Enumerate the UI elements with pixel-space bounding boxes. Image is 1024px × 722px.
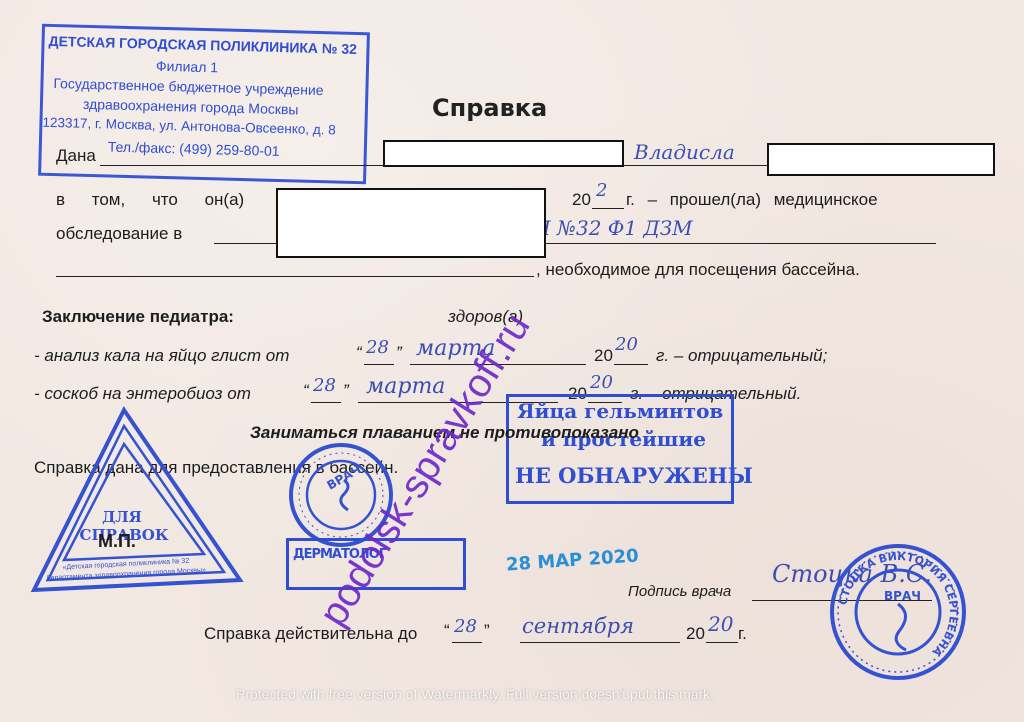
valid-year-underline xyxy=(706,642,738,643)
clinic-stamp-line-2: Филиал 1 xyxy=(156,58,218,76)
stool-test-day: 28 xyxy=(366,337,389,358)
valid-day-underline xyxy=(452,642,482,643)
helminth-stamp: Яйца гельминтов и простейшие НЕ ОБНАРУЖЕ… xyxy=(506,394,734,504)
valid-year: 20 xyxy=(708,612,733,636)
valid-month: сентября xyxy=(522,614,634,638)
document-title: Справка xyxy=(432,94,547,122)
enterobiasis-test-month: марта xyxy=(366,374,445,399)
close-quote: ” xyxy=(396,343,402,363)
stool-test-day-underline xyxy=(364,364,394,365)
helminth-stamp-line-3: НЕ ОБНАРУЖЕНЫ xyxy=(515,463,753,488)
pediatrician-conclusion-label: Заключение педиатра: xyxy=(42,307,234,327)
close-quote: ” xyxy=(484,621,490,641)
footer-watermark: Protected with free version of Watermark… xyxy=(236,686,714,702)
birth-year-prefix: 20 xyxy=(572,190,591,210)
round-stamp-left-center: ВРАЧ xyxy=(325,462,364,493)
doctor-signature-label: Подпись врача xyxy=(628,583,731,600)
birth-year-underline xyxy=(592,208,624,209)
valid-year-suffix: г. xyxy=(738,624,747,644)
triangle-stamp-center-1: ДЛЯ xyxy=(102,508,142,526)
stool-test-year-underline xyxy=(614,364,648,365)
extra-location-underline xyxy=(56,276,534,277)
seal-placeholder-label: М.П. xyxy=(98,531,136,552)
stool-test-year-prefix: 20 xyxy=(594,346,613,366)
open-quote: “ xyxy=(356,343,362,363)
round-stamp-right-center: ВРАЧ xyxy=(884,589,921,603)
clinic-stamp-line-3: Государственное бюджетное учреждение xyxy=(53,75,323,98)
close-quote: ” xyxy=(343,381,349,401)
helminth-stamp-line-1: Яйца гельминтов xyxy=(517,399,723,423)
redacted-patronymic xyxy=(767,143,995,176)
clinic-stamp-line-4: здравоохранения города Москвы xyxy=(83,96,299,118)
clinic-stamp-line-6: Тел./факс: (499) 259-80-01 xyxy=(108,139,280,159)
enterobiasis-test-day: 28 xyxy=(313,375,336,396)
birth-label: в том, что он(а) xyxy=(56,190,244,210)
doctor-round-stamp-right: СТОЦКА ВИКТОРИЯ СЕРГЕЕВНА ВРАЧ xyxy=(828,542,968,682)
valid-year-prefix: 20 xyxy=(686,624,705,644)
enterobiasis-test-year: 20 xyxy=(590,372,613,393)
clinic-stamp-line-1: ДЕТСКАЯ ГОРОДСКАЯ ПОЛИКЛИНИКА № 32 xyxy=(48,33,357,57)
enterobiasis-test-label: - соскоб на энтеробиоз от xyxy=(34,384,251,404)
open-quote: “ xyxy=(444,621,450,641)
birth-year-handwritten: 2 xyxy=(596,180,607,201)
redacted-surname xyxy=(383,140,624,167)
stool-test-year: 20 xyxy=(615,334,638,355)
stool-test-result: г. – отрицательный; xyxy=(656,346,827,366)
valid-month-underline xyxy=(520,642,680,643)
redacted-birthdate-location xyxy=(276,188,546,258)
valid-day: 28 xyxy=(454,616,477,637)
clinic-stamp-line-5: 123317, г. Москва, ул. Антонова-Овсеенко… xyxy=(42,115,336,138)
valid-until-label: Справка действительна до xyxy=(204,624,417,644)
given-to-label: Дана xyxy=(56,146,96,166)
enterobiasis-test-day-underline xyxy=(311,402,341,403)
passed-exam-text: г. – прошел(ла) медицинское xyxy=(626,190,878,210)
triangle-for-certificates-stamp: ДЛЯ СПРАВОК «Детская городская поликлини… xyxy=(28,404,248,594)
stool-test-label: - анализ кала на яйцо глист от xyxy=(34,346,289,366)
pool-purpose-text: , необходимое для посещения бассейна. xyxy=(536,260,860,280)
open-quote: “ xyxy=(303,381,309,401)
given-name-handwritten: Владисла xyxy=(634,140,735,164)
exam-location-label: обследование в xyxy=(56,224,182,244)
